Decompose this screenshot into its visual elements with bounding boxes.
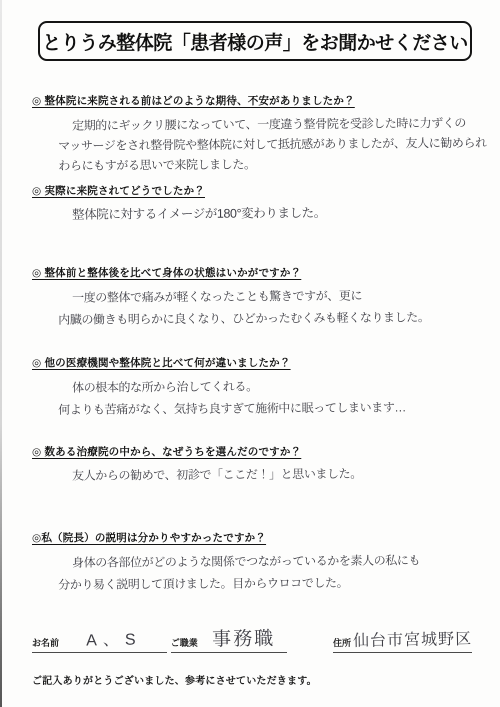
question-block-1: ◎ 整体院に来院される前はどのような期待、不安がありましたか？ 定期的にギックリ… bbox=[32, 93, 476, 176]
handwritten-answer-6: 身体の各部位がどのような関係でつながっているかを素人の私にも 分かり易く説明して… bbox=[32, 549, 476, 596]
answer-line: 一度の整体で痛みが軽くなったことも驚きですが、更に bbox=[58, 284, 476, 309]
question-block-6: ◎私（院長）の説明は分かりやすかったですか？ 身体の各部位がどのような関係でつな… bbox=[32, 530, 476, 596]
form-body: ◎ 整体院に来院される前はどのような期待、不安がありましたか？ 定期的にギックリ… bbox=[0, 93, 500, 687]
question-block-5: ◎ 数ある治療院の中から、なぜうちを選んだのですか？ 友人からの勧めで、初診で「… bbox=[32, 444, 476, 486]
name-field-value: A、S bbox=[61, 626, 167, 651]
occupation-field-value: 事務職 bbox=[200, 629, 288, 651]
name-field-label: お名前 bbox=[32, 636, 61, 650]
handwritten-answer-4: 体の根本的な所から治してくれる。 何よりも苦痛がなく、気持ち良すぎて施術中に眠っ… bbox=[32, 374, 476, 421]
answer-line: 内臓の働きも明らかに良くなり、ひどかったむくみも軽くなりました。 bbox=[58, 306, 476, 331]
name-field: お名前 A、S bbox=[32, 627, 167, 653]
form-title-box: とりうみ整体院「患者様の声」をお聞かせください bbox=[38, 21, 472, 61]
question-block-2: ◎ 実際に来院されてどうでしたか？ 整体院に対するイメージが180°変わりました… bbox=[32, 183, 476, 225]
question-block-3: ◎ 整体前と整体後を比べて身体の状態はいかがですか？ 一度の整体で痛みが軽くなっ… bbox=[32, 265, 476, 331]
handwritten-answer-5: 友人からの勧めで、初診で「ここだ！」と思いました。 bbox=[32, 463, 476, 486]
answer-line: わらにもすがる思いで来院しました。 bbox=[58, 153, 476, 176]
answer-line: 友人からの勧めで、初診で「ここだ！」と思いました。 bbox=[58, 463, 476, 486]
question-block-4: ◎ 他の医療機関や整体院と比べて何が違いましたか？ 体の根本的な所から治してくれ… bbox=[32, 355, 476, 421]
question-label-4: ◎ 他の医療機関や整体院と比べて何が違いましたか？ bbox=[32, 356, 291, 370]
address-field-label: 住所 bbox=[333, 636, 353, 650]
question-label-1: ◎ 整体院に来院される前はどのような期待、不安がありましたか？ bbox=[32, 94, 355, 108]
form-title: とりうみ整体院「患者様の声」をお聞かせください bbox=[42, 28, 468, 55]
question-label-2: ◎ 実際に来院されてどうでしたか？ bbox=[32, 184, 205, 198]
answer-line: 体の根本的な所から治してくれる。 bbox=[58, 374, 476, 399]
answer-line: 何よりも苦痛がなく、気持ち良すぎて施術中に眠ってしまいます… bbox=[58, 396, 476, 421]
address-field-value: 仙台市宮城野区 bbox=[353, 626, 472, 651]
question-label-3: ◎ 整体前と整体後を比べて身体の状態はいかがですか？ bbox=[32, 266, 301, 280]
signature-fields-row: お名前 A、S ご職業 事務職 住所 仙台市宮城野区 bbox=[32, 627, 472, 653]
question-label-5: ◎ 数ある治療院の中から、なぜうちを選んだのですか？ bbox=[32, 445, 301, 459]
answer-line: 整体院に対するイメージが180°変わりました。 bbox=[58, 202, 476, 225]
occupation-field: ご職業 事務職 bbox=[171, 630, 287, 653]
handwritten-answer-2: 整体院に対するイメージが180°変わりました。 bbox=[32, 202, 476, 225]
answer-line: 分かり易く説明して頂けました。目からウロコでした。 bbox=[58, 571, 476, 596]
answer-line: 身体の各部位がどのような関係でつながっているかを素人の私にも bbox=[58, 549, 476, 574]
handwritten-answer-1: 定期的にギックリ腰になっていて、一度違う整骨院を受診した時に力ずくの マッサージ… bbox=[32, 113, 476, 176]
answer-line: マッサージをされ整骨院や整体院に対して抵抗感がありましたが、友人に勧められ bbox=[58, 133, 476, 156]
scan-edge-artifact bbox=[0, 0, 2, 707]
address-field: 住所 仙台市宮城野区 bbox=[333, 627, 472, 653]
occupation-field-label: ご職業 bbox=[171, 636, 200, 650]
question-label-6: ◎私（院長）の説明は分かりやすかったですか？ bbox=[32, 531, 266, 545]
thank-you-note: ご記入ありがとうございました、参考にさせていただきます。 bbox=[32, 672, 476, 687]
handwritten-answer-3: 一度の整体で痛みが軽くなったことも驚きですが、更に 内臓の働きも明らかに良くなり… bbox=[32, 284, 476, 331]
